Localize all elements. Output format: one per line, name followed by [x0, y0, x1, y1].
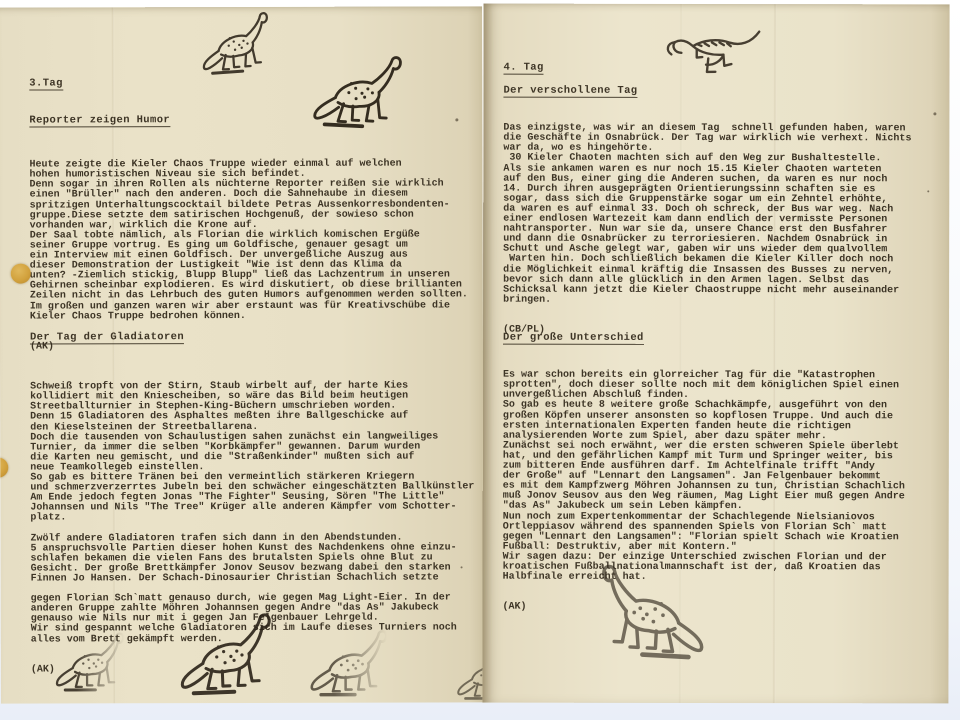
section-heading-verschollene-tag: Der verschollene Tag — [503, 86, 637, 98]
sauropod-stamp-top-left-2 — [305, 49, 411, 134]
yellow-hole-dot-upper — [11, 264, 31, 284]
section-body: Es war schon bereits ein glorreicher Tag… — [503, 371, 945, 584]
section-body: Schweiß tropft von der Stirn, Staub wirb… — [30, 382, 483, 646]
scanned-page-left: 3.Tag Reporter zeigen Humor Heute zeigte… — [0, 6, 484, 703]
yellow-hole-dot-lower — [0, 458, 8, 478]
section-body: Heute zeigte die Kieler Chaos Truppe wie… — [29, 160, 479, 323]
section-block: Schweiß tropft von der Stirn, Staub wirb… — [30, 361, 483, 695]
section-signature: (AK) — [503, 603, 945, 614]
day-heading-right: 4. Tag — [503, 63, 543, 75]
day-heading-left: 3.Tag — [29, 78, 63, 90]
sauropod-stamp-top-left-1 — [180, 8, 292, 80]
section-heading-reporter: Reporter zeigen Humor — [29, 115, 170, 127]
theropod-stamp-top-right — [654, 4, 780, 98]
scanned-page-right: 4. Tag Der verschollene Tag Das einzigst… — [482, 4, 949, 704]
section-block: Es war schon bereits ein glorreicher Tag… — [503, 351, 945, 634]
section-signature: (AK) — [31, 664, 483, 675]
section-block: Das einzigste, was wir an diesem Tag sch… — [503, 104, 945, 357]
section-body: Das einzigste, was wir an diesem Tag sch… — [503, 124, 945, 306]
section-heading-gladiatoren: Der Tag der Gladiatoren — [30, 332, 184, 344]
section-heading-grosse-unterschied: Der große Unterschied — [503, 333, 644, 345]
paper-speck — [927, 190, 929, 192]
paper-speck — [455, 118, 458, 121]
paper-speck — [933, 112, 936, 115]
paper-speck — [461, 566, 463, 568]
